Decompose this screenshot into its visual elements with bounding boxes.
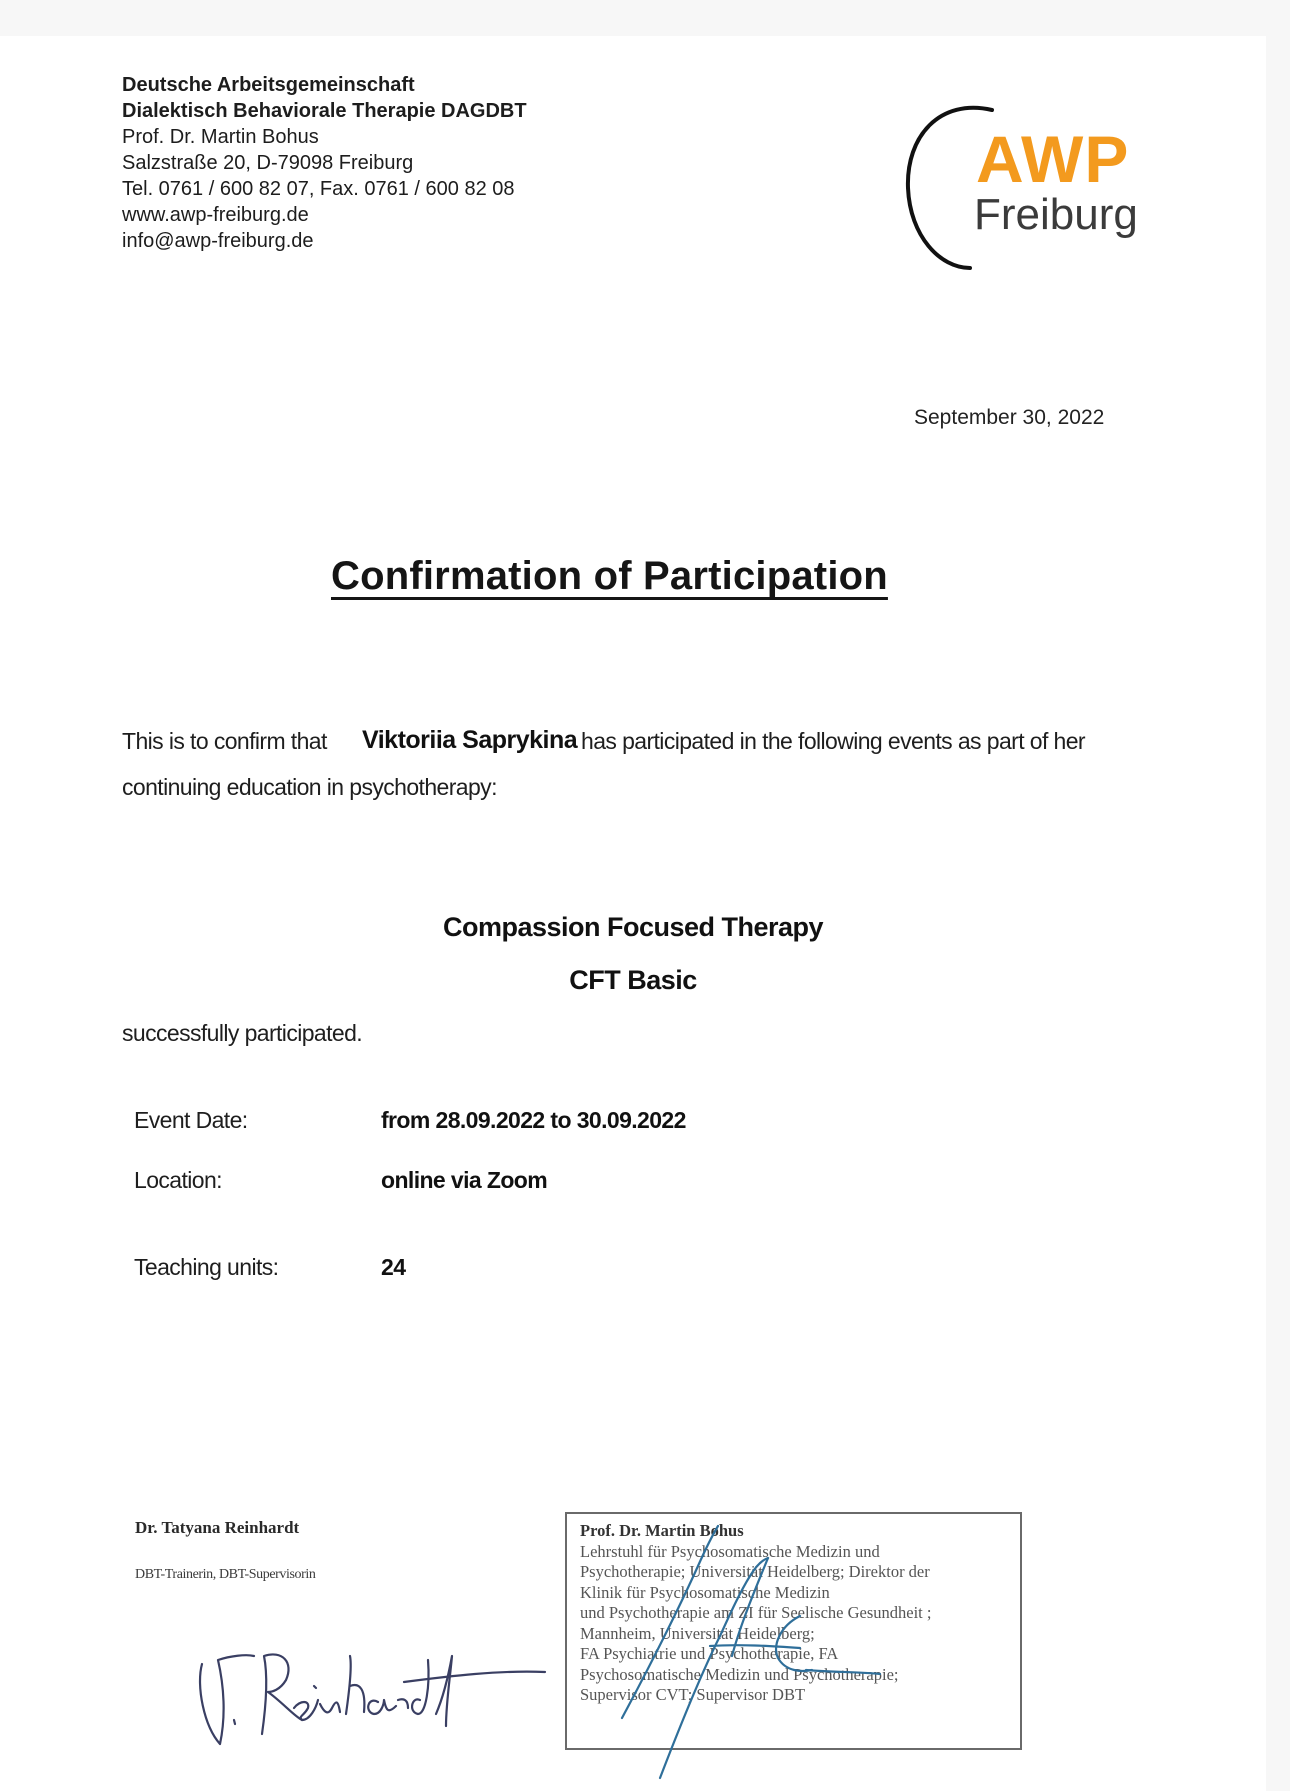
teaching-units-value: 24 — [381, 1254, 405, 1281]
document-date: September 30, 2022 — [914, 406, 1104, 430]
teaching-units-label: Teaching units: — [134, 1254, 278, 1281]
logo-awp-text: AWP — [976, 126, 1129, 192]
reinhardt-signature-icon — [190, 1616, 550, 1771]
letterhead-phone-fax: Tel. 0761 / 600 82 07, Fax. 0761 / 600 8… — [122, 176, 527, 202]
intro-text-before-name: This is to confirm that — [122, 728, 327, 755]
location-value: online via Zoom — [381, 1167, 547, 1194]
event-title: Compassion Focused Therapy — [0, 912, 1266, 943]
letterhead-email: info@awp-freiburg.de — [122, 228, 527, 254]
letterhead: Deutsche Arbeitsgemeinschaft Dialektisch… — [122, 72, 527, 254]
bohus-signature-icon — [580, 1496, 920, 1791]
awp-freiburg-logo: AWP Freiburg — [900, 96, 1160, 276]
letterhead-contact-name: Prof. Dr. Martin Bohus — [122, 124, 527, 150]
letterhead-org-line-1: Deutsche Arbeitsgemeinschaft — [122, 72, 527, 98]
document-title: Confirmation of Participation — [331, 554, 888, 599]
left-signatory-name: Dr. Tatyana Reinhardt — [135, 1518, 299, 1538]
participant-name: Viktoriia Saprykina — [362, 726, 577, 755]
letterhead-org-line-2: Dialektisch Behaviorale Therapie DAGDBT — [122, 98, 527, 124]
event-date-label: Event Date: — [134, 1107, 248, 1134]
event-subtitle: CFT Basic — [0, 965, 1266, 996]
location-label: Location: — [134, 1167, 222, 1194]
logo-freiburg-text: Freiburg — [974, 192, 1138, 238]
letterhead-address: Salzstraße 20, D-79098 Freiburg — [122, 150, 527, 176]
left-signatory-role: DBT-Trainerin, DBT-Supervisorin — [135, 1567, 316, 1583]
certificate-page: Deutsche Arbeitsgemeinschaft Dialektisch… — [0, 36, 1266, 1791]
intro-text-line-2: continuing education in psychotherapy: — [122, 774, 497, 801]
event-date-value: from 28.09.2022 to 30.09.2022 — [381, 1107, 686, 1134]
letterhead-website: www.awp-freiburg.de — [122, 202, 527, 228]
intro-text-after-name: has participated in the following events… — [581, 728, 1085, 755]
participation-status: successfully participated. — [122, 1020, 362, 1047]
